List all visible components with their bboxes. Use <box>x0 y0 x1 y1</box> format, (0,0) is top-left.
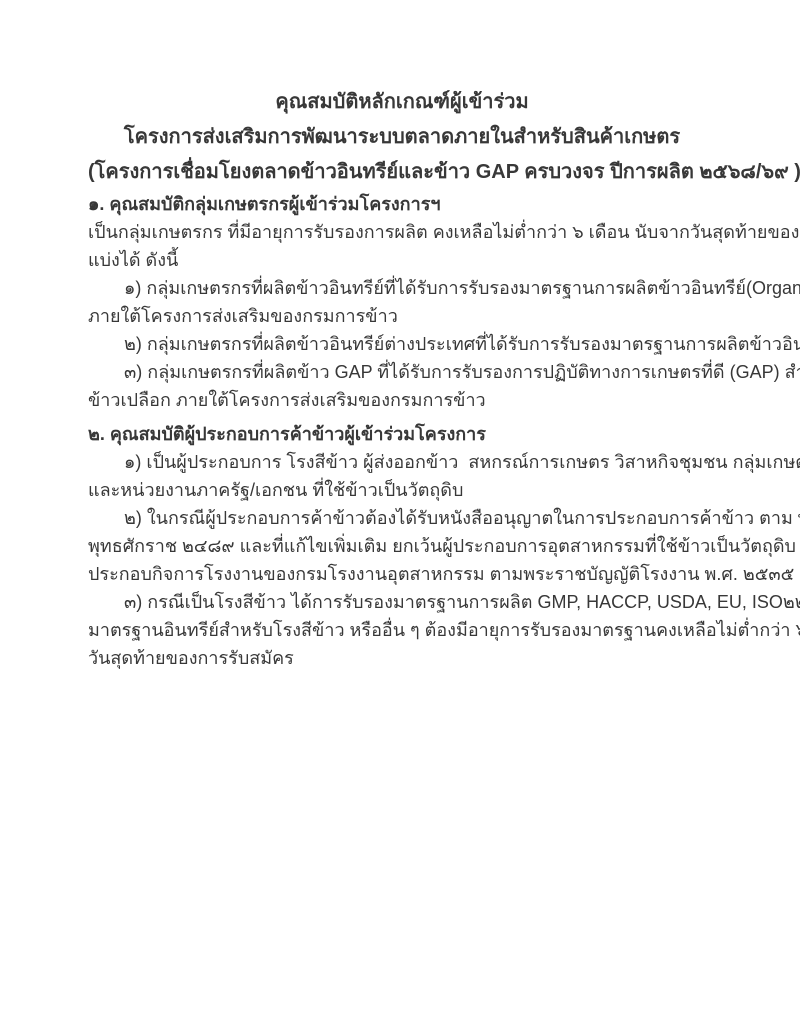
title-line-3: (โครงการเชื่อมโยงตลาดข้าวอินทรีย์และข้าว… <box>88 155 716 190</box>
section-2-item-3-continuation: มาตรฐานอินทรีย์สำหรับโรงสีข้าว หรืออื่น … <box>88 616 716 644</box>
section-farmer-qualifications: ๑. คุณสมบัติกลุ่มเกษตรกรผู้เข้าร่วมโครงก… <box>88 190 716 414</box>
section-1-intro-line: แบ่งได้ ดังนี้ <box>88 246 716 274</box>
section-1-intro-line: เป็นกลุ่มเกษตรกร ที่มีอายุการรับรองการผล… <box>88 218 716 246</box>
section-1-heading: ๑. คุณสมบัติกลุ่มเกษตรกรผู้เข้าร่วมโครงก… <box>88 190 716 218</box>
section-2-item-2: ๒) ในกรณีผู้ประกอบการค้าข้าวต้องได้รับหน… <box>88 504 716 532</box>
section-2-heading: ๒. คุณสมบัติผู้ประกอบการค้าข้าวผู้เข้าร่… <box>88 420 716 448</box>
section-1-item-3-continuation: ข้าวเปลือก ภายใต้โครงการส่งเสริมของกรมกา… <box>88 386 716 414</box>
document-title: คุณสมบัติหลักเกณฑ์ผู้เข้าร่วม โครงการส่ง… <box>88 85 716 190</box>
title-line-2: โครงการส่งเสริมการพัฒนาระบบตลาดภายในสำหร… <box>88 120 716 155</box>
section-1-item-3: ๓) กลุ่มเกษตรกรที่ผลิตข้าว GAP ที่ได้รับ… <box>88 358 716 386</box>
section-2-item-2-continuation: ประกอบกิจการโรงงานของกรมโรงงานอุตสาหกรรม… <box>88 560 716 588</box>
title-line-1: คุณสมบัติหลักเกณฑ์ผู้เข้าร่วม <box>88 85 716 120</box>
section-2-item-1: ๑) เป็นผู้ประกอบการ โรงสีข้าว ผู้ส่งออกข… <box>88 448 716 476</box>
section-2-item-3: ๓) กรณีเป็นโรงสีข้าว ได้การรับรองมาตรฐาน… <box>88 588 716 616</box>
section-1-item-1-continuation: ภายใต้โครงการส่งเสริมของกรมการข้าว <box>88 302 716 330</box>
section-trader-qualifications: ๒. คุณสมบัติผู้ประกอบการค้าข้าวผู้เข้าร่… <box>88 420 716 672</box>
document-content: คุณสมบัติหลักเกณฑ์ผู้เข้าร่วม โครงการส่ง… <box>88 85 716 672</box>
document-page: คุณสมบัติหลักเกณฑ์ผู้เข้าร่วม โครงการส่ง… <box>0 0 800 1029</box>
section-1-item-2: ๒) กลุ่มเกษตรกรที่ผลิตข้าวอินทรีย์ต่างปร… <box>88 330 716 358</box>
section-1-item-1: ๑) กลุ่มเกษตรกรที่ผลิตข้าวอินทรีย์ที่ได้… <box>88 274 716 302</box>
section-2-item-2-continuation: พุทธศักราช ๒๔๘๙ และที่แก้ไขเพิ่มเติม ยกเ… <box>88 532 716 560</box>
section-2-item-1-continuation: และหน่วยงานภาครัฐ/เอกชน ที่ใช้ข้าวเป็นวั… <box>88 476 716 504</box>
section-2-item-3-continuation: วันสุดท้ายของการรับสมัคร <box>88 644 716 672</box>
